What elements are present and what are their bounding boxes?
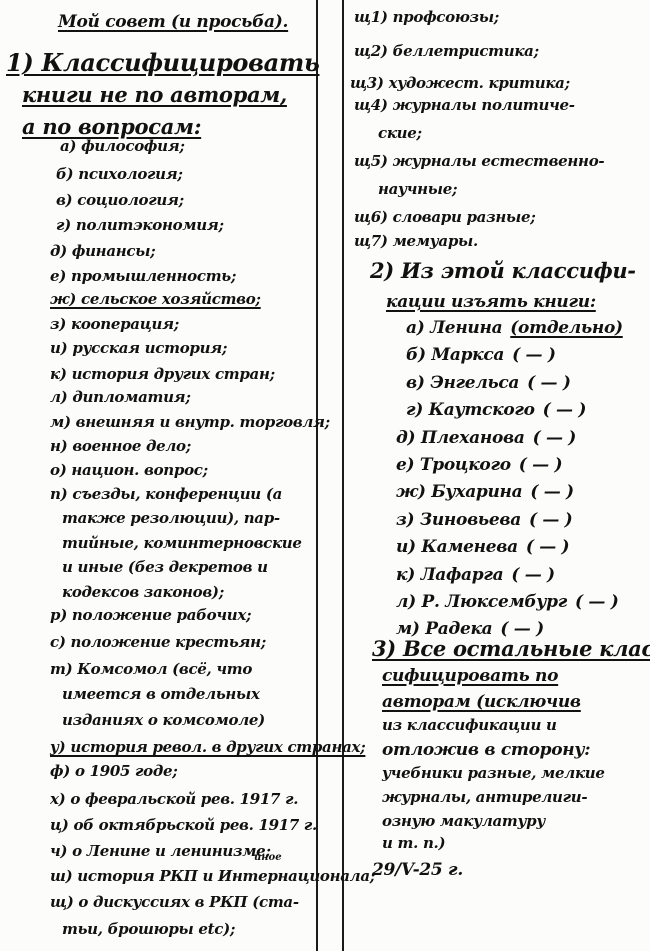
section3-line: авторам (исключив [382,692,581,712]
author-note: ( — ) [512,345,555,365]
topic-item: ф) о 1905 годе; [50,762,178,780]
date: 29/V-25 г. [372,860,463,880]
topic-item: м) внешняя и внутр. торговля; [50,413,330,431]
author-item: л) Р. Люксембург( — ) [396,592,618,612]
topic-item: р) положение рабочих; [50,606,251,624]
author-item: г) Каутского( — ) [406,400,586,420]
topic-item: тийные, коминтерновские [62,534,302,552]
author-note: ( — ) [543,400,586,420]
topic-item: щ6) словари разные; [354,208,535,226]
topic-item: и иные (без декретов и [62,558,268,576]
author-name: з) Зиновьева [396,510,521,530]
author-item: б) Маркса( — ) [406,345,556,365]
author-name: е) Троцкого [396,455,511,475]
author-name: г) Каутского [406,400,535,420]
topic-item: ские; [378,124,422,142]
author-note: ( — ) [519,455,562,475]
topic-item: е) промышленность; [50,267,236,285]
section3-line: сифицировать по [382,666,558,686]
author-note: ( — ) [526,537,569,557]
section2-heading-line1: 2) Из этой классифи- [370,258,636,283]
author-item: к) Лафарга( — ) [396,565,555,585]
author-item: а) Ленина(отдельно) [406,318,623,338]
topic-item: щ2) беллетристика; [354,42,539,60]
author-item: д) Плеханова( — ) [396,428,576,448]
author-note: ( — ) [527,373,570,393]
topic-item: с) положение крестьян; [50,633,266,651]
author-item: з) Зиновьева( — ) [396,510,572,530]
document-title: Мой совет (и просьба). [58,12,288,32]
column-divider-left [316,0,318,951]
author-item: е) Троцкого( — ) [396,455,562,475]
topic-item: также резолюции), пар- [62,509,280,527]
author-name: л) Р. Люксембург [396,592,567,612]
topic-item: н) военное дело; [50,437,191,455]
topic-item: и) русская история; [50,339,227,357]
author-note: ( — ) [575,592,618,612]
topic-item: т) Комсомол (всё, что [50,660,252,678]
author-item: в) Энгельса( — ) [406,373,571,393]
topic-item: изданиях о комсомоле) [62,711,265,729]
topic-item: б) психология; [56,165,183,183]
section1-heading-line3: а по вопросам: [22,114,201,139]
topic-item: имеется в отдельных [62,685,260,703]
author-note: ( — ) [529,510,572,530]
topic-item: д) финансы; [50,242,155,260]
section3-line: 3) Все остальные клас- [372,636,650,661]
author-name: ж) Бухарина [396,482,522,502]
author-name: в) Энгельса [406,373,519,393]
topic-item: ш) история РКП и Интернационала; [50,867,375,885]
insert-note: иное [254,852,282,863]
author-item: и) Каменева( — ) [396,537,569,557]
author-name: б) Маркса [406,345,504,365]
author-note: ( — ) [530,482,573,502]
section3-line: и т. п.) [382,834,445,852]
topic-item: у) история револ. в других странах; [50,738,365,756]
topic-item: щ3) художест. критика; [350,74,570,92]
topic-item: щ1) профсоюзы; [354,8,499,26]
topic-item: а) философия; [60,137,185,155]
topic-item: в) социология; [56,191,184,209]
topic-item: щ4) журналы политиче- [354,96,575,114]
section1-heading-line2: книги не по авторам, [22,82,287,107]
topic-item: г) политэкономия; [56,216,224,234]
topic-item: щ5) журналы естественно- [354,152,604,170]
topic-item: научные; [378,180,457,198]
topic-item: кодексов законов); [62,583,224,601]
section3-line: журналы, антирелиги- [382,788,587,806]
section3-line: озную макулатуру [382,812,545,830]
author-name: к) Лафарга [396,565,503,585]
author-name: а) Ленина [406,318,502,338]
author-note: (отдельно) [510,318,622,338]
author-name: и) Каменева [396,537,518,557]
author-note: ( — ) [511,565,554,585]
topic-item: л) дипломатия; [50,388,191,406]
topic-item: х) о февральской рев. 1917 г. [50,790,298,808]
column-divider-right [342,0,344,951]
manuscript-page: Мой совет (и просьба). 1) Классифицирова… [0,0,650,951]
topic-item: тьи, брошюры etc); [62,920,235,938]
topic-item: ж) сельское хозяйство; [50,290,261,308]
topic-item: к) история других стран; [50,365,275,383]
topic-item: з) кооперация; [50,315,179,333]
section3-line: учебники разные, мелкие [382,764,605,782]
topic-item: ч) о Ленине и ленинизме; [50,842,271,860]
author-item: ж) Бухарина( — ) [396,482,574,502]
section1-heading-line1: 1) Классифицировать [6,48,319,77]
topic-item: о) национ. вопрос; [50,461,208,479]
topic-item: щ) о дискуссиях в РКП (ста- [50,893,299,911]
topic-item: п) съезды, конференции (а [50,485,282,503]
topic-item: щ7) мемуары. [354,232,478,250]
author-name: д) Плеханова [396,428,525,448]
section3-line: отложив в сторону: [382,740,590,760]
section3-line: из классификации и [382,716,557,734]
author-note: ( — ) [533,428,576,448]
section2-heading-line2: кации изъять книги: [386,292,596,312]
topic-item: ц) об октябрьской рев. 1917 г. [50,816,317,834]
